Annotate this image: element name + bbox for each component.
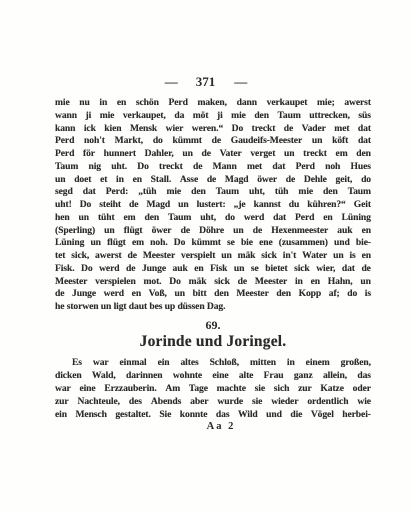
book-page: — 371 — mienuinenschönPerdmaken,dannverk… bbox=[0, 0, 411, 512]
signature-mark: Aa 2 bbox=[55, 421, 371, 432]
text-line: deJungewerdenVoß,unbittdenMeesterdenKopp… bbox=[55, 288, 371, 301]
text-line: EswareinmaleinaltesSchloß,mittenineinemg… bbox=[55, 356, 371, 369]
header-dash-left: — bbox=[165, 74, 177, 90]
text-line: dickenWald,darinnenwohnteeinealteFraugan… bbox=[55, 369, 371, 382]
text-line: PerdförhunnertDahler,undeVatervergetuntr… bbox=[55, 148, 371, 161]
text-line: wareineErzzauberin.AmTagemachtesiesichzu… bbox=[55, 382, 371, 395]
text-line: Perdnoh'tMarkt,dokümmtdeGaudeifs-Meester… bbox=[55, 135, 371, 148]
story-continuation-paragraph: mienuinenschönPerdmaken,dannverkaupetmie… bbox=[55, 97, 371, 314]
text-line: (Sperling)unflügtöwerdeDöhreundeHexenmee… bbox=[55, 225, 371, 238]
text-line: einMenschgestaltet.SiekonntedasWildunddi… bbox=[55, 408, 371, 421]
text-line: segddatPerd:„tühmiedenTaumuht,tühmiedenT… bbox=[55, 186, 371, 199]
text-line: Lüningunflügtemnoh.Dokümmtsebieene(zusam… bbox=[55, 237, 371, 250]
text-line: undoetetinenStall.AssedeMagdöwerdeDehleg… bbox=[55, 174, 371, 187]
text-line: Taumniguht.DotrecktdeMannmetdatPerdnohHu… bbox=[55, 161, 371, 174]
text-line: wannjimieverkaupet,damötjimiedenTaumuttr… bbox=[55, 110, 371, 123]
text-line: Fisk.DowerddeJungeaukenFiskunsebietetsic… bbox=[55, 263, 371, 276]
text-line: uht!DosteihtdeMagdunlustert:„jekannstduk… bbox=[55, 199, 371, 212]
text-line: kannickkienMenskwierweren.“DotrecktdeVad… bbox=[55, 123, 371, 136]
section-number: 69. bbox=[55, 318, 371, 333]
text-line: henuntühtemdenTaumuht,dowerddatPerdenLün… bbox=[55, 212, 371, 225]
section-title: Jorinde und Joringel. bbox=[55, 333, 371, 351]
page-number: 371 bbox=[196, 74, 216, 90]
text-line: zurNachteule,desAbendsaberwurdesiewieder… bbox=[55, 395, 371, 408]
running-header: — 371 — bbox=[0, 74, 411, 90]
text-line: mienuinenschönPerdmaken,dannverkaupetmie… bbox=[55, 97, 371, 110]
header-dash-right: — bbox=[234, 74, 246, 90]
text-line: he storwen un ligt daut bes up düssen Da… bbox=[55, 301, 371, 314]
text-line: tetsick,awerstdeMeesterverspieltunmäksic… bbox=[55, 250, 371, 263]
story-opening-paragraph: EswareinmaleinaltesSchloß,mittenineinemg… bbox=[55, 356, 371, 421]
text-line: Meesterverspielenmot.DomäksickdeMeesteri… bbox=[55, 276, 371, 289]
